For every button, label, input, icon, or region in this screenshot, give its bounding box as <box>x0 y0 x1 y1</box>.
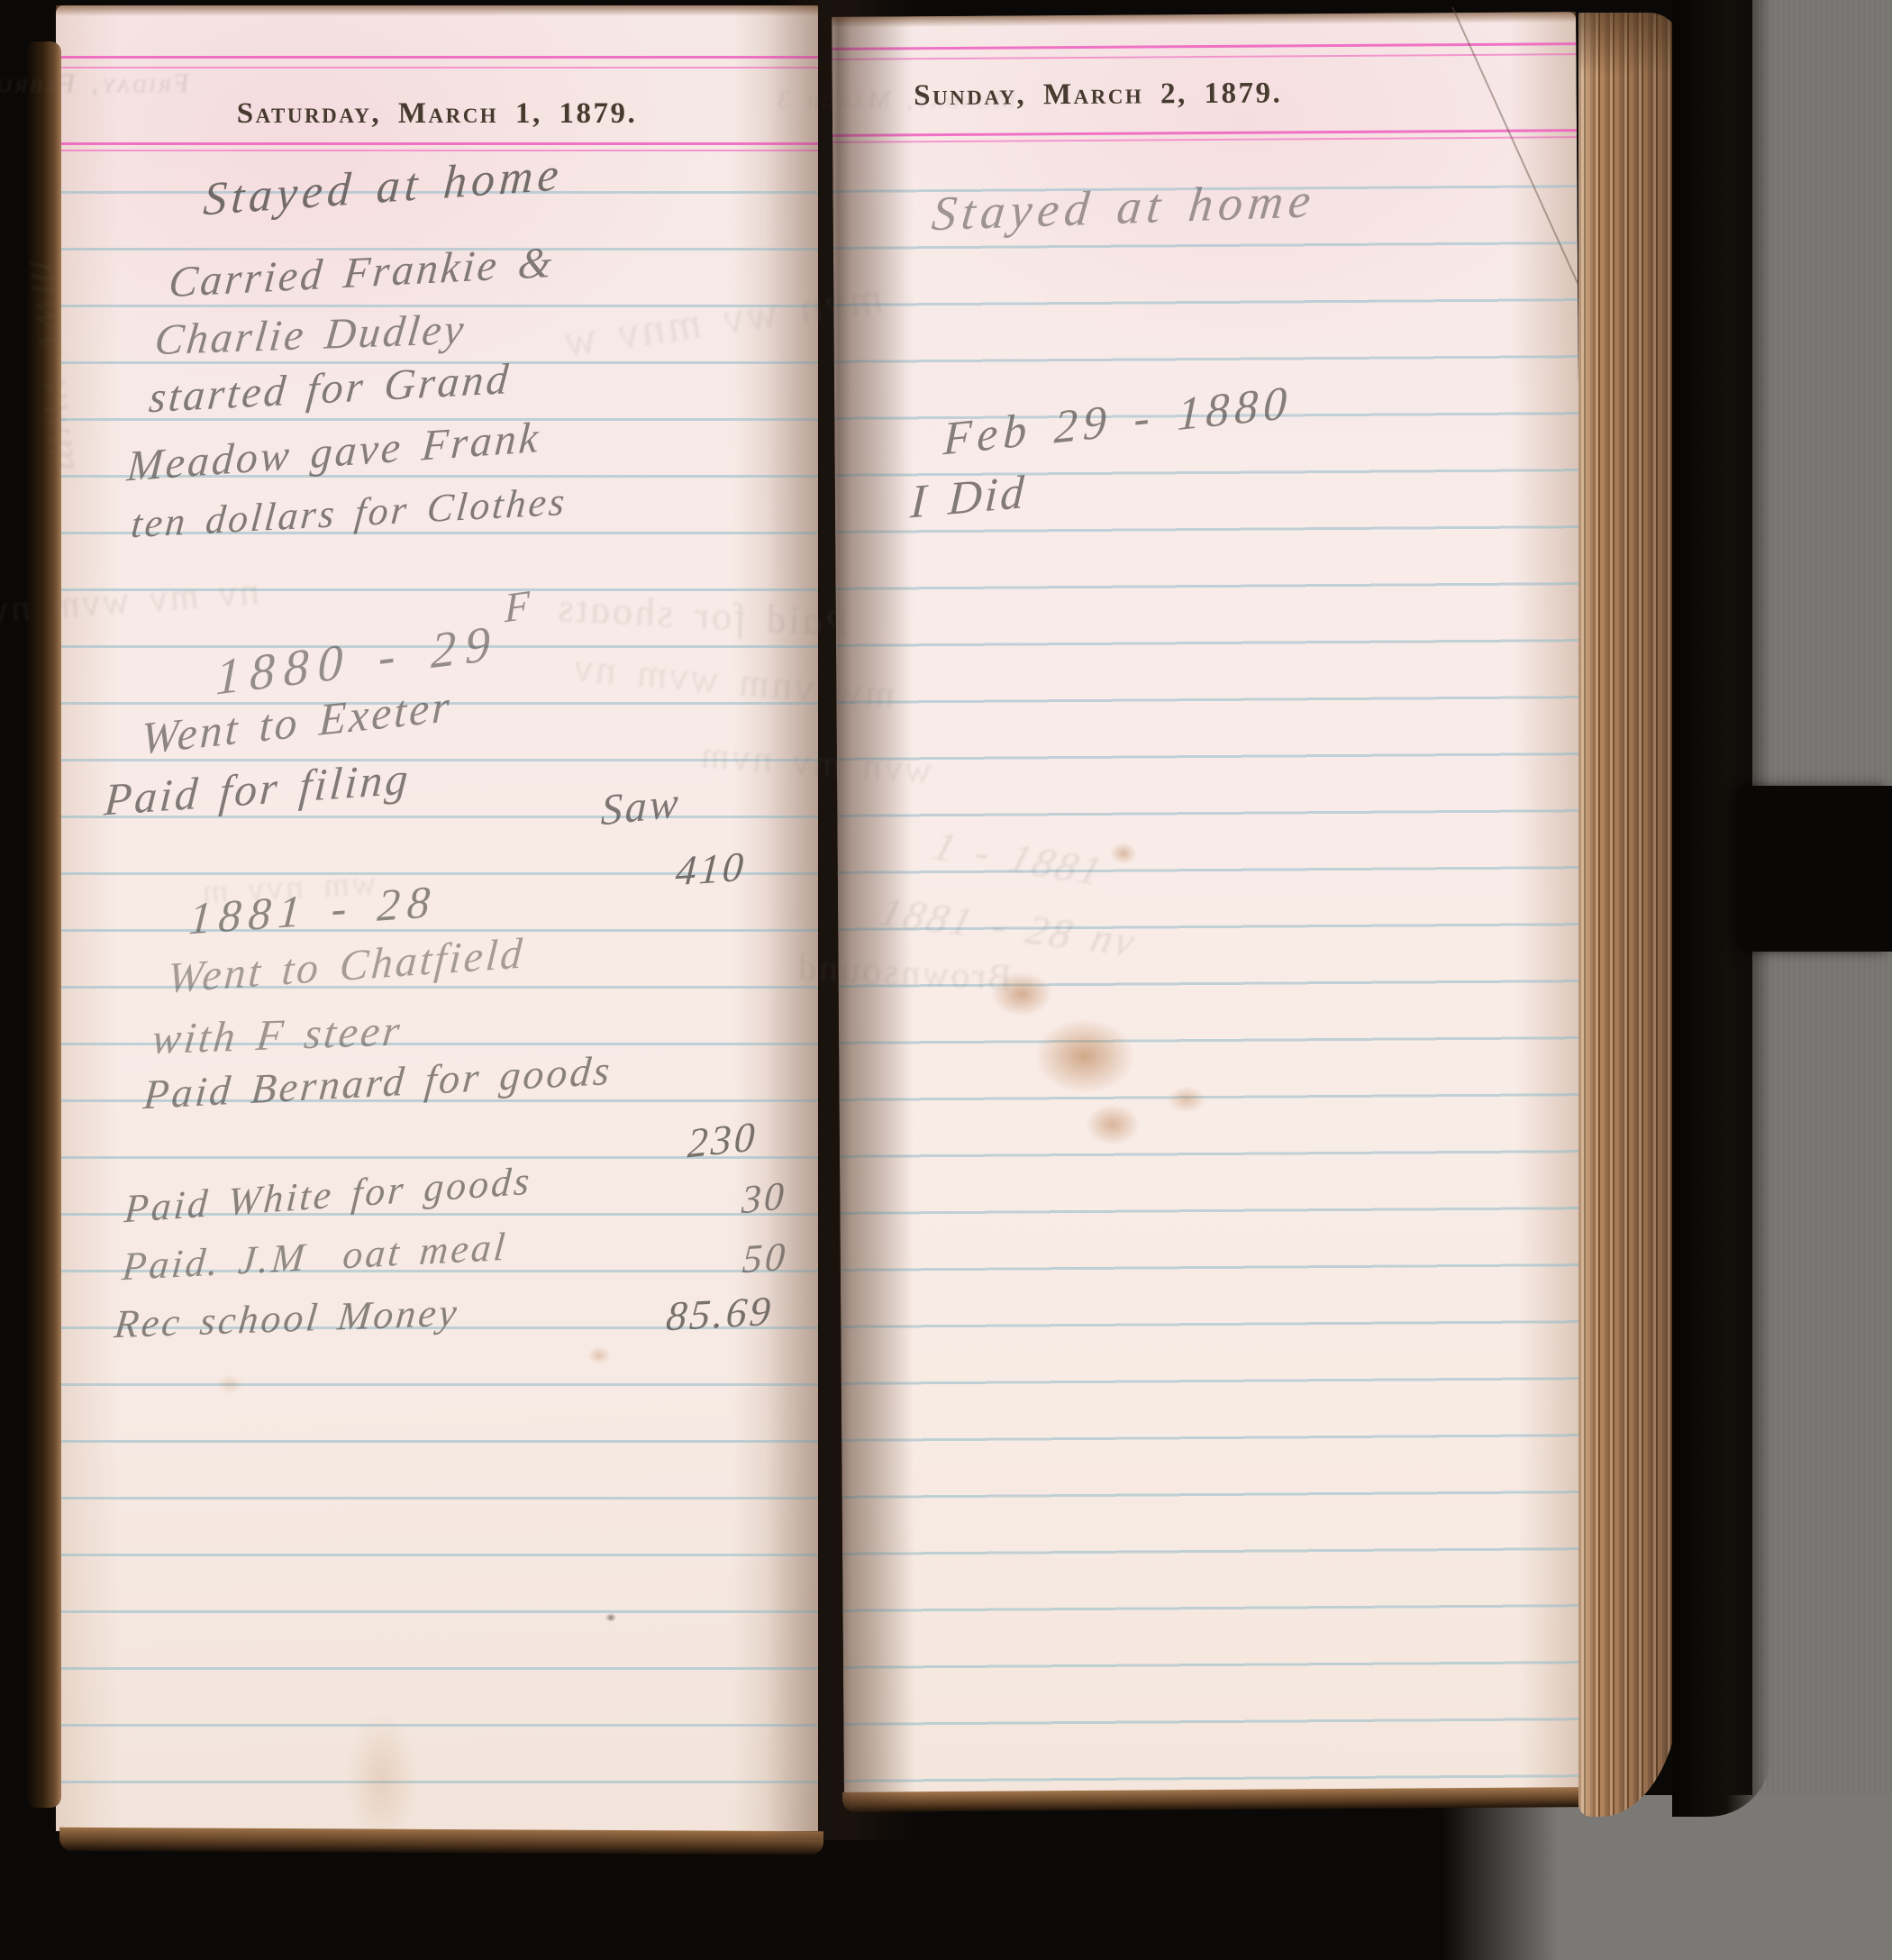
handwriting-line: Feb 29 - 1880 <box>942 376 1293 466</box>
handwriting-line: with F steer <box>150 1006 405 1064</box>
handwriting-line: 30 <box>741 1172 787 1224</box>
scanned-diary-page-spread: Saturday, March 1, 1879. Sunday, March 2… <box>0 0 1892 1960</box>
handwriting-line: Paid White for goods <box>123 1157 533 1232</box>
ghost-writing: mw vnm wvm nv <box>568 643 901 719</box>
ghost-writing: Friday, February 28 <box>0 68 191 99</box>
handwriting-line: Carried Frankie & <box>167 238 557 308</box>
ghost-writing: mwv vwm <box>17 260 96 475</box>
handwriting-line: started for Grand <box>147 354 513 423</box>
handwriting-line: 50 <box>741 1234 788 1283</box>
ghost-writing: mvn wv mnv w <box>563 270 883 369</box>
handwriting-line: Meadow gave Frank <box>125 413 542 492</box>
handwriting-line: Charlie Dudley <box>152 305 468 365</box>
handwriting-layer: Stayed at homeCarried Frankie &Charlie D… <box>0 0 1892 1960</box>
ghost-writing: 1 - 1881 <box>927 822 1110 895</box>
ghost-writing: Paid for shoats <box>552 585 854 646</box>
handwriting-line: I Did <box>909 466 1028 530</box>
handwriting-line: F <box>505 580 532 633</box>
ghost-writing: wvn mv nvm <box>694 732 937 793</box>
handwriting-line: Stayed at home <box>929 172 1318 242</box>
ghost-writing: Monday, March 3 <box>773 87 1018 115</box>
handwriting-line: Stayed at home <box>202 148 565 226</box>
ghost-writing: nv mv wvm nv <box>0 568 261 633</box>
handwriting-line: 85.69 <box>664 1287 775 1341</box>
ghost-writing: Brownsound <box>791 945 1016 999</box>
handwriting-line: 410 <box>674 843 748 896</box>
handwriting-line: 230 <box>687 1112 758 1168</box>
handwriting-line: Rec school Money <box>113 1290 462 1348</box>
handwriting-line: Paid. J.M oat meal <box>121 1224 510 1290</box>
handwriting-line: Saw <box>600 778 681 836</box>
handwriting-line: ten dollars for Clothes <box>130 479 569 548</box>
